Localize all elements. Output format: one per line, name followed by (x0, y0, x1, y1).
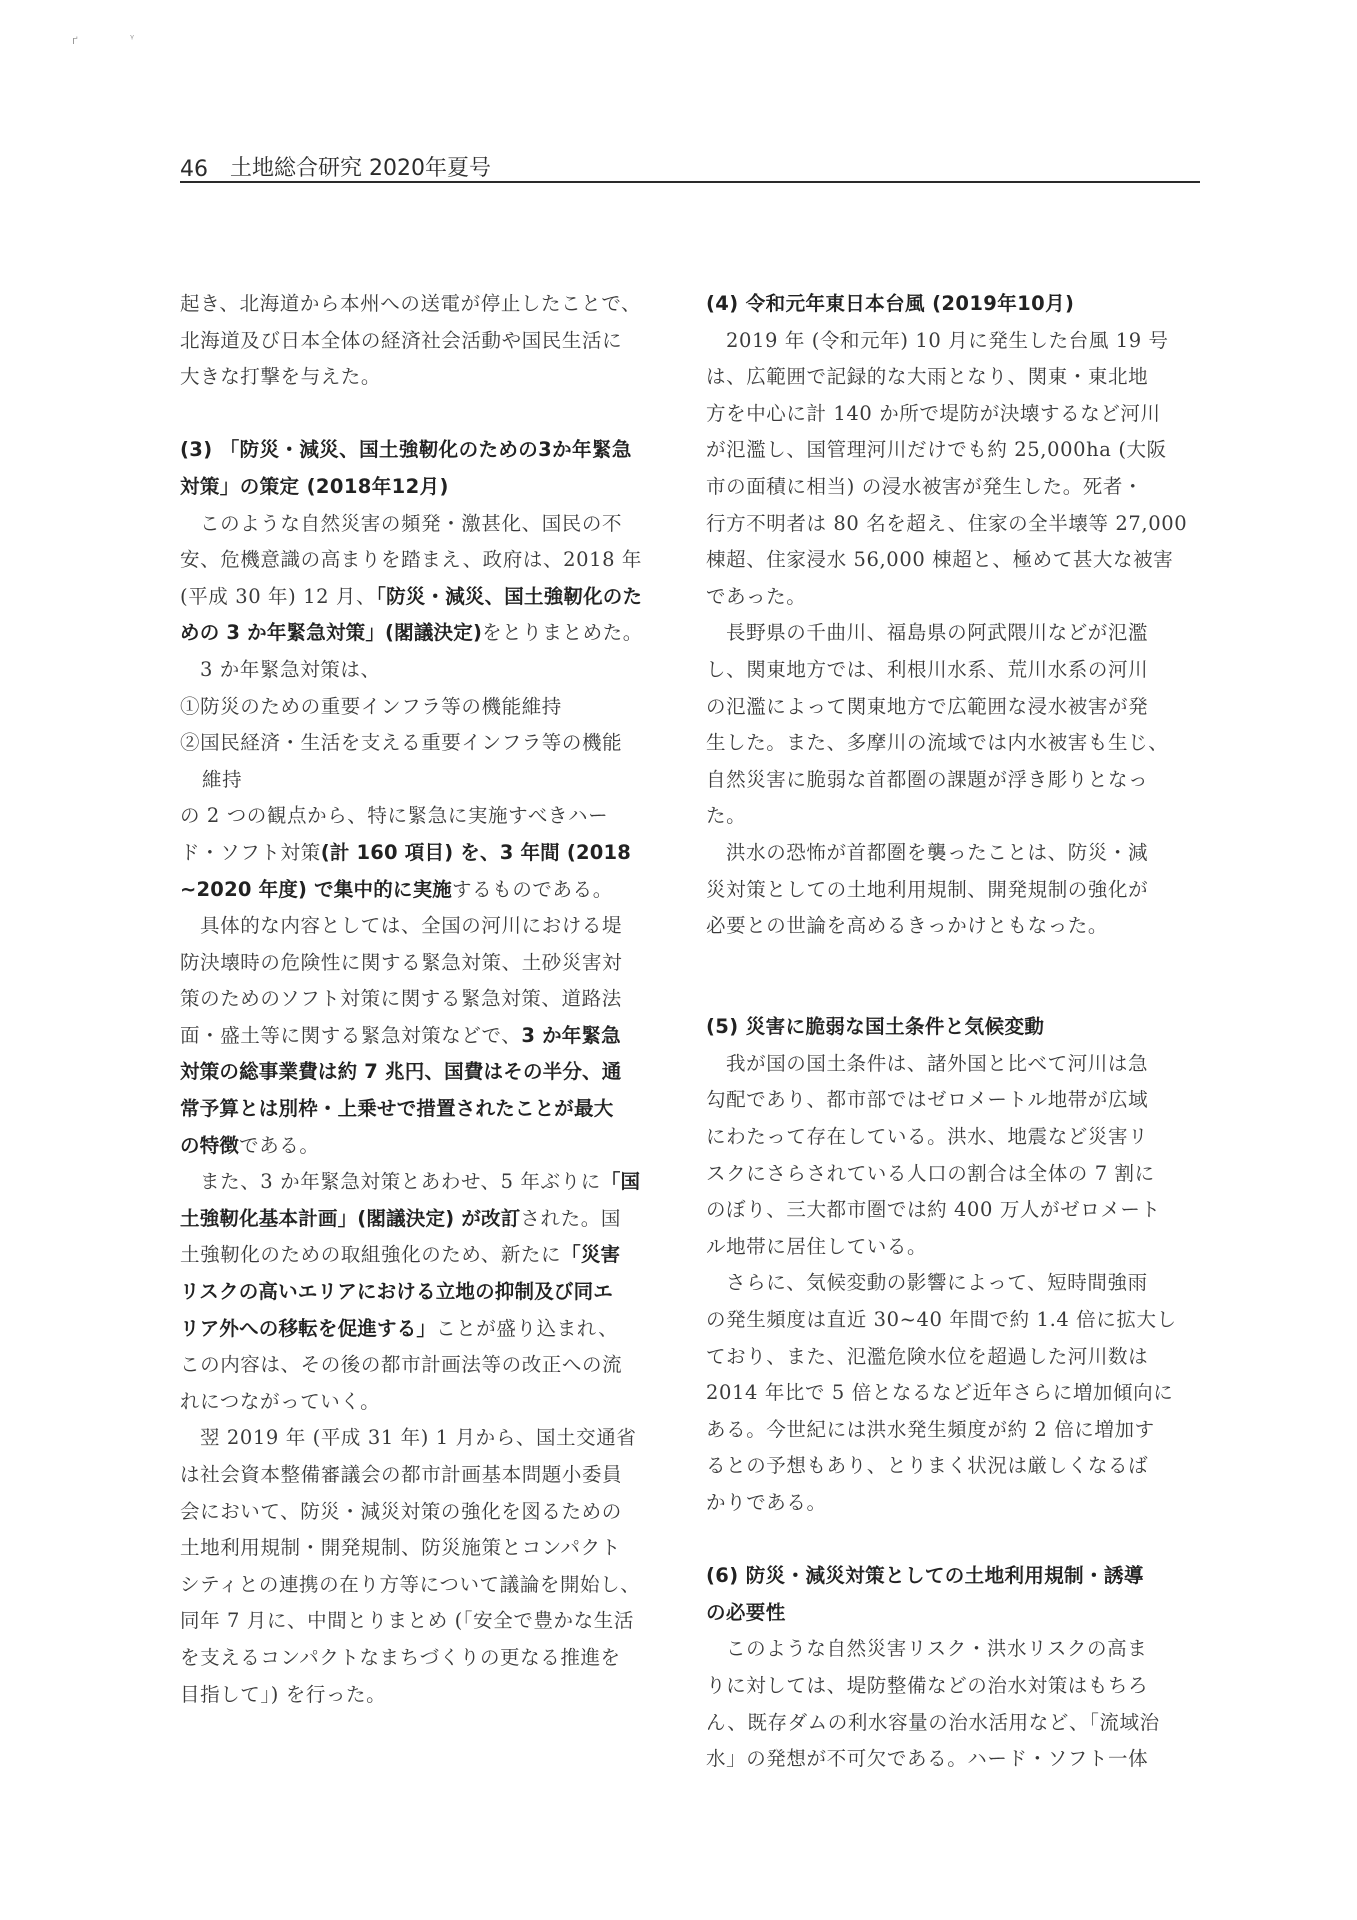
text-line: 土地利用規制・開発規制、防災施策とコンパクト (180, 1530, 668, 1567)
paragraph: このような自然災害リスク・洪水リスクの高ま りに対しては、堤防整備などの治水対策… (706, 1631, 1196, 1777)
bold-emphasis: 土強靭化基本計画」(閣議決定) が改訂 (180, 1207, 520, 1230)
text-line: 同年 7 月に、中間とりまとめ (「安全で豊かな生活 (180, 1603, 668, 1640)
section-heading: (6) 防災・減災対策としての土地利用規制・誘導 (706, 1558, 1196, 1595)
page-number: 46 (180, 157, 230, 182)
text-line: ある。今世紀には洪水発生頻度が約 2 倍に増加す (706, 1412, 1196, 1449)
text-line: は社会資本整備審議会の都市計画基本問題小委員 (180, 1457, 668, 1494)
journal-title: 土地総合研究 2020年夏号 (230, 151, 491, 182)
text-line: 安、危機意識の高まりを踏まえ、政府は、2018 年 (180, 542, 668, 579)
plain-text: ド・ソフト対策 (180, 841, 321, 864)
text-line: このような自然災害リスク・洪水リスクの高ま (706, 1631, 1196, 1668)
text-line: このような自然災害の頻発・激甚化、国民の不 (180, 506, 668, 543)
intro-paragraph: 起き、北海道から本州への送電が停止したことで、 北海道及び日本全体の経済社会活動… (180, 286, 668, 396)
text-line: が氾濫し、国管理河川だけでも約 25,000ha (大阪 (706, 432, 1196, 469)
plain-text: ことが盛り込まれ、 (436, 1317, 618, 1340)
text-line: のぼり、三大都市圏では約 400 万人がゼロメート (706, 1192, 1196, 1229)
text-line: 策のためのソフト対策に関する緊急対策、道路法 (180, 981, 668, 1018)
text-line: また、3 か年緊急対策とあわせ、5 年ぶりに「国 (180, 1164, 668, 1201)
running-header: 46 土地総合研究 2020年夏号 (180, 146, 1200, 182)
paragraph: さらに、気候変動の影響によって、短時間強雨 の発生頻度は直近 30~40 年間で… (706, 1265, 1196, 1521)
right-column: (4) 令和元年東日本台風 (2019年10月) 2019 年 (令和元年) 1… (706, 286, 1196, 1778)
text-line: ド・ソフト対策(計 160 項目) を、3 年間 (2018 (180, 835, 668, 872)
text-line: 方を中心に計 140 か所で堤防が決壊するなど河川 (706, 396, 1196, 433)
text-line: ル地帯に居住している。 (706, 1229, 1196, 1266)
text-line: 北海道及び日本全体の経済社会活動や国民生活に (180, 323, 668, 360)
text-line: であった。 (706, 579, 1196, 616)
section-4: (4) 令和元年東日本台風 (2019年10月) 2019 年 (令和元年) 1… (706, 286, 1196, 945)
text-line: 起き、北海道から本州への送電が停止したことで、 (180, 286, 668, 323)
paragraph: 翌 2019 年 (平成 31 年) 1 月から、国土交通省 は社会資本整備審議… (180, 1420, 668, 1713)
plain-text: 面・盛土等に関する緊急対策などで、 (180, 1024, 521, 1047)
text-line: ており、また、氾濫危険水位を超過した河川数は (706, 1339, 1196, 1376)
text-line: 3 か年緊急対策は、 (180, 652, 668, 689)
text-line: (平成 30 年) 12 月、「防災・減災、国土強靭化のた (180, 579, 668, 616)
section-heading: (3) 「防災・減災、国土強靭化のための3か年緊急 (180, 432, 668, 469)
text-line: の氾濫によって関東地方で広範囲な浸水被害が発 (706, 689, 1196, 726)
section-3: (3) 「防災・減災、国土強靭化のための3か年緊急 対策」の策定 (2018年1… (180, 432, 668, 1713)
text-line: めの 3 か年緊急対策」(閣議決定)をとりまとめた。 (180, 615, 668, 652)
bold-emphasis: リア外への移転を促進する」 (180, 1317, 436, 1340)
bold-emphasis: (計 160 項目) を、3 年間 (2018 (321, 841, 631, 864)
paragraph: の 2 つの観点から、特に緊急に実施すべきハー ド・ソフト対策(計 160 項目… (180, 798, 668, 908)
text-line: れにつながっていく。 (180, 1384, 668, 1421)
text-line: し、関東地方では、利根川水系、荒川水系の河川 (706, 652, 1196, 689)
paragraph: このような自然災害の頻発・激甚化、国民の不 安、危機意識の高まりを踏まえ、政府は… (180, 506, 668, 652)
text-line: りに対しては、堤防整備などの治水対策はもちろ (706, 1668, 1196, 1705)
text-line: た。 (706, 798, 1196, 835)
bold-emphasis: 「国 (601, 1170, 640, 1193)
paragraph: また、3 か年緊急対策とあわせ、5 年ぶりに「国 土強靭化基本計画」(閣議決定)… (180, 1164, 668, 1420)
text-line: 勾配であり、都市部ではゼロメートル地帯が広域 (706, 1082, 1196, 1119)
text-line: るとの予想もあり、とりまく状況は厳しくなるば (706, 1448, 1196, 1485)
section-6: (6) 防災・減災対策としての土地利用規制・誘導 の必要性 このような自然災害リ… (706, 1558, 1196, 1778)
paragraph: 長野県の千曲川、福島県の阿武隈川などが氾濫 し、関東地方では、利根川水系、荒川水… (706, 615, 1196, 835)
section-heading: (4) 令和元年東日本台風 (2019年10月) (706, 286, 1196, 323)
header-rule (180, 181, 1200, 183)
list-item: ②国民経済・生活を支える重要インフラ等の機能 (180, 725, 668, 762)
text-line: 必要との世論を高めるきっかけともなった。 (706, 908, 1196, 945)
bold-emphasis: 常予算とは別枠・上乗せで措置されたことが最大 (180, 1091, 668, 1128)
bold-emphasis: 「災害 (561, 1243, 620, 1266)
text-line: 自然災害に脆弱な首都圏の課題が浮き彫りとなっ (706, 762, 1196, 799)
text-line: さらに、気候変動の影響によって、短時間強雨 (706, 1265, 1196, 1302)
text-line: ~2020 年度) で集中的に実施するものである。 (180, 872, 668, 909)
text-line: の特徴である。 (180, 1128, 668, 1165)
text-line: この内容は、その後の都市計画法等の改正への流 (180, 1347, 668, 1384)
text-line: 会において、防災・減災対策の強化を図るための (180, 1494, 668, 1531)
text-line: 具体的な内容としては、全国の河川における堤 (180, 908, 668, 945)
text-line: かりである。 (706, 1485, 1196, 1522)
paragraph: 我が国の国土条件は、諸外国と比べて河川は急 勾配であり、都市部ではゼロメートル地… (706, 1046, 1196, 1266)
plain-text: 土強靭化のための取組強化のため、新たに (180, 1243, 561, 1266)
text-line: 防決壊時の危険性に関する緊急対策、土砂災害対 (180, 945, 668, 982)
plain-text: するものである。 (452, 878, 613, 901)
text-line: 大きな打撃を与えた。 (180, 359, 668, 396)
section-heading: の必要性 (706, 1595, 1196, 1632)
plain-text: (平成 30 年) 12 月、 (180, 585, 376, 608)
text-line: は、広範囲で記録的な大雨となり、関東・東北地 (706, 359, 1196, 396)
text-line: にわたって存在している。洪水、地震など災害リ (706, 1119, 1196, 1156)
text-line: ん、既存ダムの利水容量の治水活用など、「流域治 (706, 1705, 1196, 1742)
text-line: 2014 年比で 5 倍となるなど近年さらに増加傾向に (706, 1375, 1196, 1412)
plain-text: をとりまとめた。 (482, 621, 643, 644)
text-line: を支えるコンパクトなまちづくりの更なる推進を (180, 1640, 668, 1677)
text-line: 2019 年 (令和元年) 10 月に発生した台風 19 号 (706, 323, 1196, 360)
scan-artifact-mark: ᵞ (130, 32, 134, 45)
text-line: 行方不明者は 80 名を超え、住家の全半壊等 27,000 (706, 506, 1196, 543)
scan-artifact-mark: ґ (72, 34, 78, 47)
text-line: 水」の発想が不可欠である。ハード・ソフト一体 (706, 1741, 1196, 1778)
text-line: 市の面積に相当) の浸水被害が発生した。死者・ (706, 469, 1196, 506)
text-line: リア外への移転を促進する」ことが盛り込まれ、 (180, 1311, 668, 1348)
bold-emphasis: の特徴 (180, 1134, 239, 1157)
paragraph: 具体的な内容としては、全国の河川における堤 防決壊時の危険性に関する緊急対策、土… (180, 908, 668, 1164)
text-line: 目指して」) を行った。 (180, 1677, 668, 1714)
text-line: の 2 つの観点から、特に緊急に実施すべきハー (180, 798, 668, 835)
paragraph: 2019 年 (令和元年) 10 月に発生した台風 19 号 は、広範囲で記録的… (706, 323, 1196, 616)
list-item: ①防災のための重要インフラ等の機能維持 (180, 689, 668, 726)
text-line: 面・盛土等に関する緊急対策などで、3 か年緊急 (180, 1018, 668, 1055)
list-item-continuation: 維持 (180, 762, 668, 799)
plain-text: である。 (239, 1134, 319, 1157)
plain-text: また、3 か年緊急対策とあわせ、5 年ぶりに (200, 1170, 601, 1193)
numbered-list: ①防災のための重要インフラ等の機能維持 ②国民経済・生活を支える重要インフラ等の… (180, 689, 668, 799)
bold-emphasis: めの 3 か年緊急対策」(閣議決定) (180, 621, 482, 644)
paragraph: 洪水の恐怖が首都圏を襲ったことは、防災・減 災対策としての土地利用規制、開発規制… (706, 835, 1196, 945)
text-line: スクにさらされている人口の割合は全体の 7 割に (706, 1156, 1196, 1193)
section-heading: (5) 災害に脆弱な国土条件と気候変動 (706, 1009, 1196, 1046)
bold-emphasis: ~2020 年度) で集中的に実施 (180, 878, 452, 901)
text-line: 長野県の千曲川、福島県の阿武隈川などが氾濫 (706, 615, 1196, 652)
section-heading: 対策」の策定 (2018年12月) (180, 469, 668, 506)
text-line: 土強靭化基本計画」(閣議決定) が改訂された。国 (180, 1201, 668, 1238)
bold-emphasis: 3 か年緊急 (521, 1024, 621, 1047)
text-line: 翌 2019 年 (平成 31 年) 1 月から、国土交通省 (180, 1420, 668, 1457)
plain-text: された。国 (520, 1207, 621, 1230)
left-column: 起き、北海道から本州への送電が停止したことで、 北海道及び日本全体の経済社会活動… (180, 286, 668, 1713)
text-line: 棟超、住家浸水 56,000 棟超と、極めて甚大な被害 (706, 542, 1196, 579)
bold-emphasis: 「防災・減災、国土強靭化のた (376, 585, 642, 608)
bold-emphasis: 対策の総事業費は約 7 兆円、国費はその半分、通 (180, 1054, 668, 1091)
text-line: 災対策としての土地利用規制、開発規制の強化が (706, 872, 1196, 909)
text-line: シティとの連携の在り方等について議論を開始し、 (180, 1567, 668, 1604)
text-line: の発生頻度は直近 30~40 年間で約 1.4 倍に拡大し (706, 1302, 1196, 1339)
text-line: 生した。また、多摩川の流域では内水被害も生じ、 (706, 725, 1196, 762)
text-line: 我が国の国土条件は、諸外国と比べて河川は急 (706, 1046, 1196, 1083)
text-line: 土強靭化のための取組強化のため、新たに「災害 (180, 1237, 668, 1274)
section-5: (5) 災害に脆弱な国土条件と気候変動 我が国の国土条件は、諸外国と比べて河川は… (706, 1009, 1196, 1521)
bold-emphasis: リスクの高いエリアにおける立地の抑制及び同エ (180, 1274, 668, 1311)
text-line: 洪水の恐怖が首都圏を襲ったことは、防災・減 (706, 835, 1196, 872)
